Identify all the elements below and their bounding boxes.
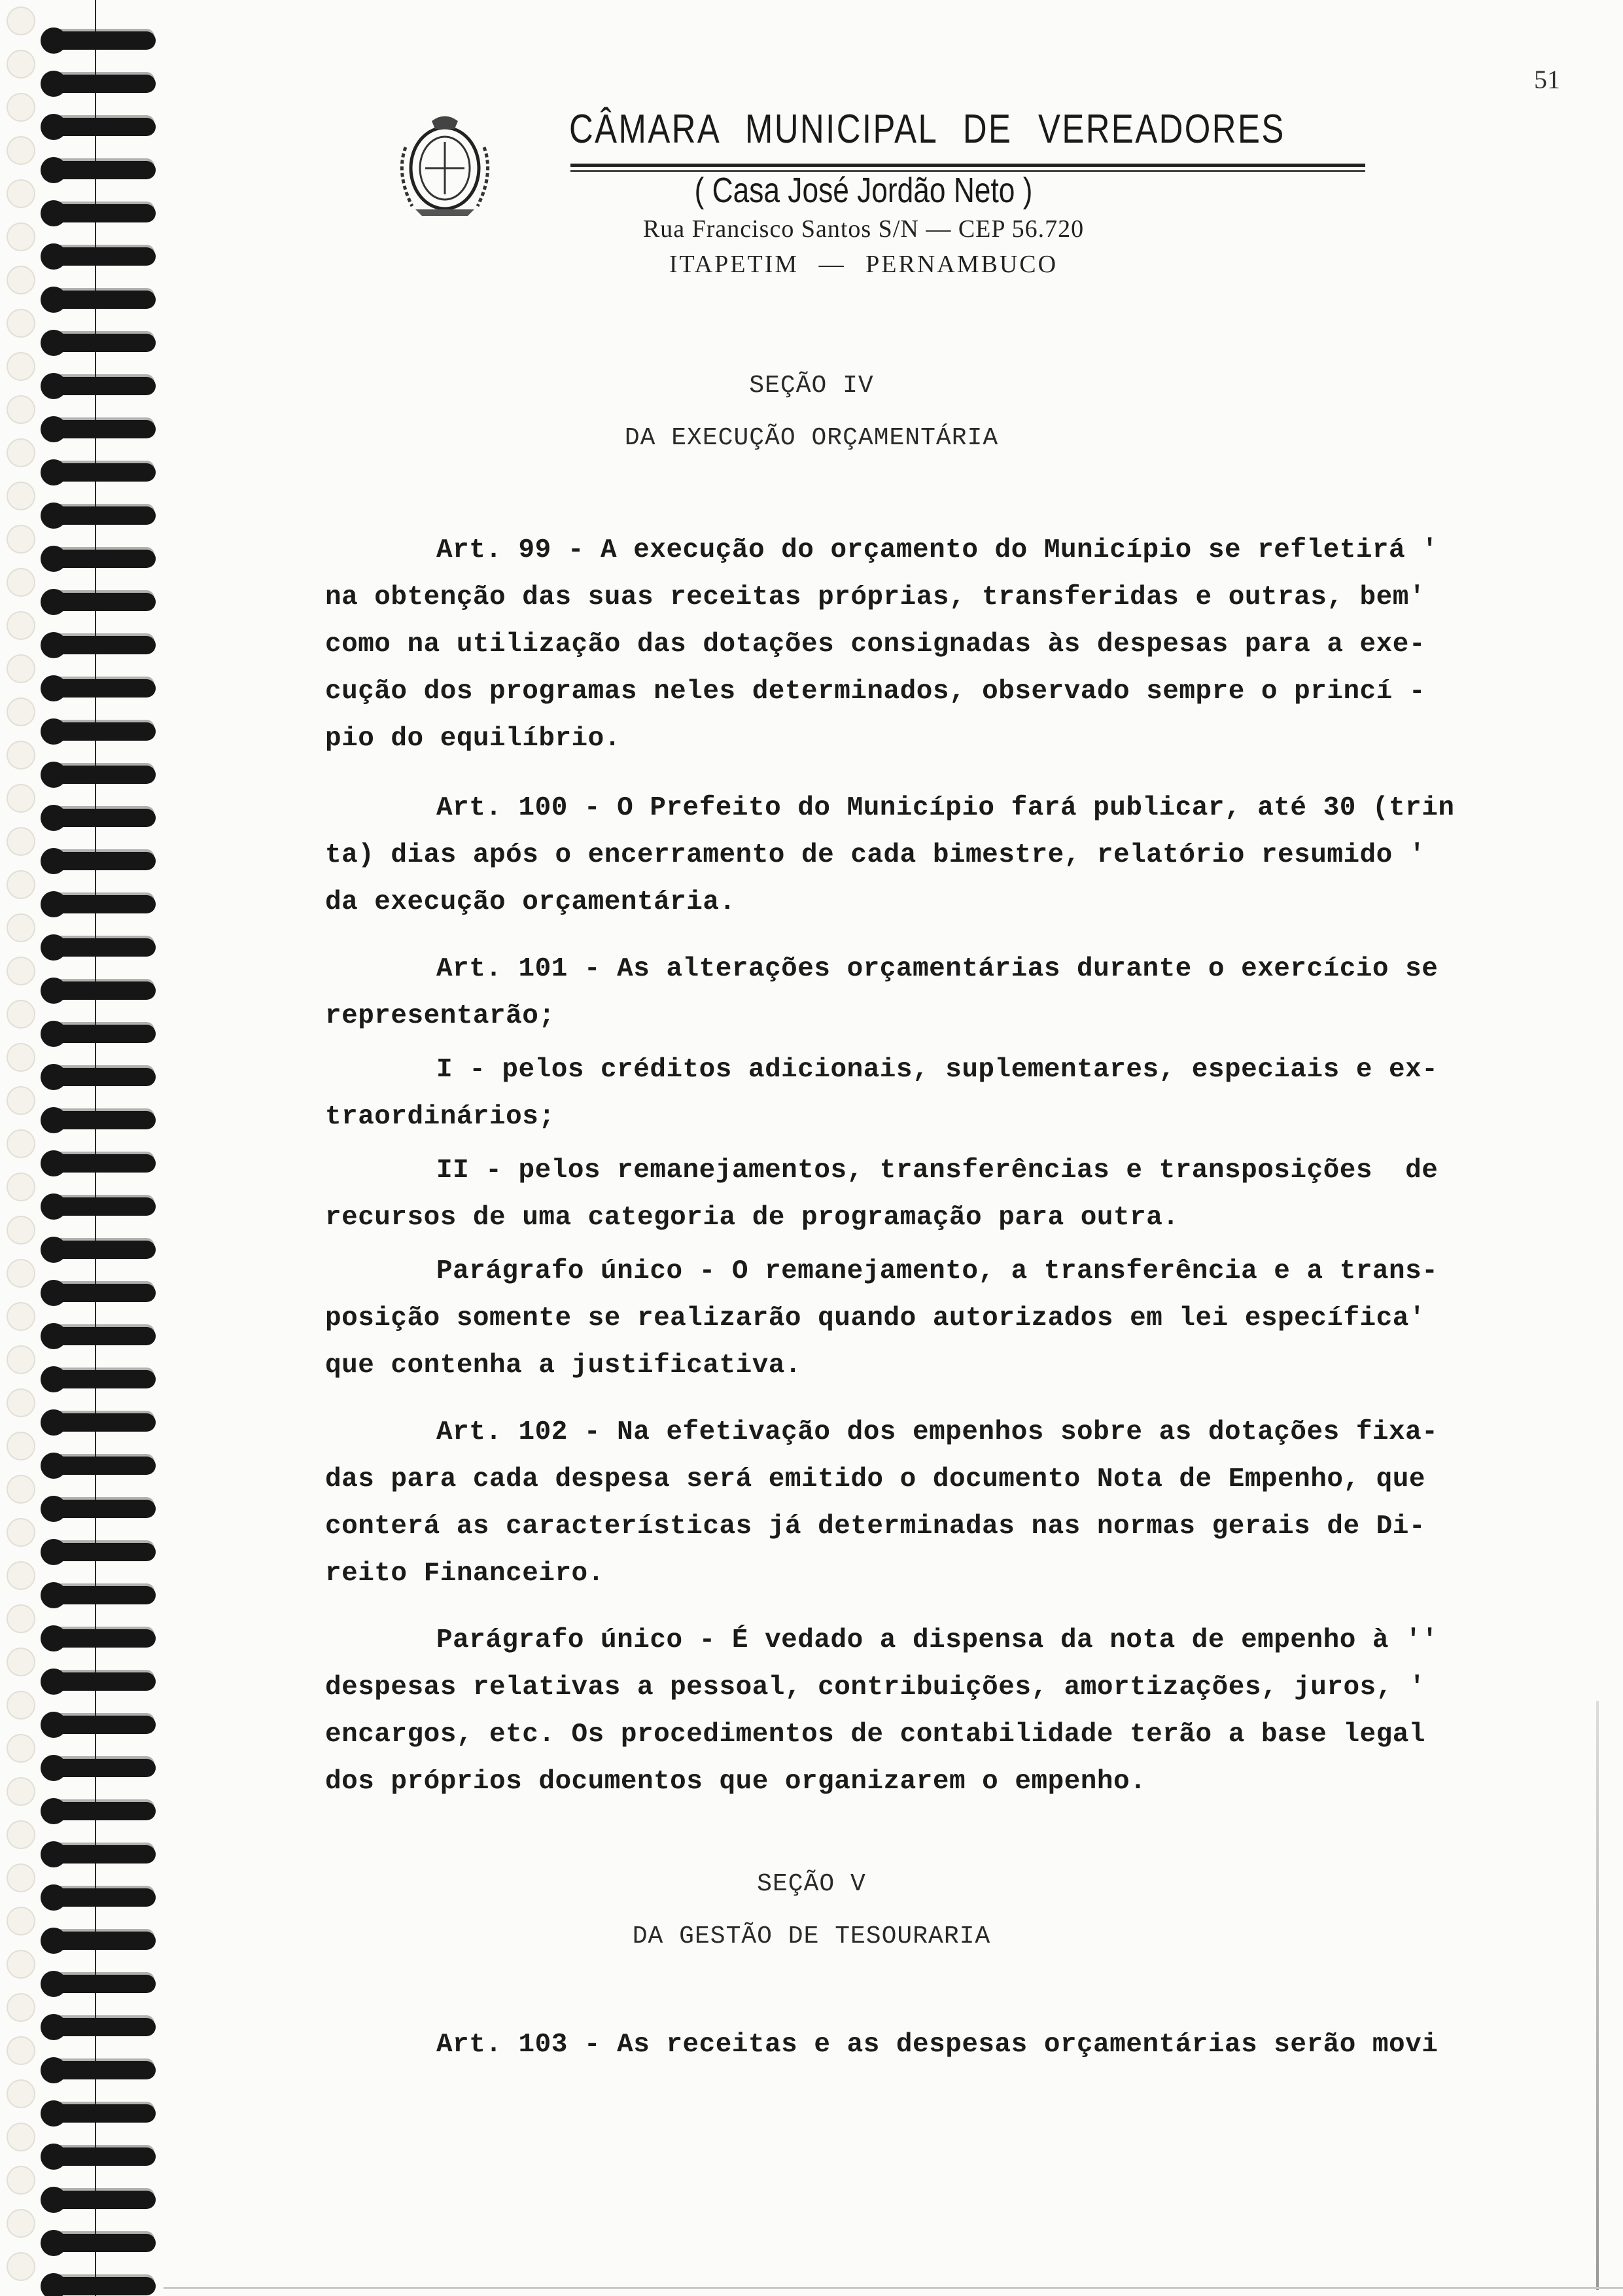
art-102-paragraph-line: despesas relativas a pessoal, contribuiç… bbox=[325, 1672, 1425, 1703]
binding-coil bbox=[44, 2018, 156, 2036]
page-number: 51 bbox=[1534, 64, 1560, 95]
section-iv-number: SEÇÃO IV bbox=[0, 372, 1623, 400]
section-iv-title: DA EXECUÇÃO ORÇAMENTÁRIA bbox=[0, 424, 1623, 452]
binding-hole bbox=[7, 654, 35, 683]
org-city: ITAPETIM — PERNAMBUCO bbox=[379, 250, 1348, 279]
binding-coil bbox=[44, 1672, 156, 1691]
binding-hole bbox=[7, 1388, 35, 1417]
binding-hole bbox=[7, 2166, 35, 2195]
binding-coil bbox=[44, 291, 156, 309]
binding-coil bbox=[44, 1327, 156, 1345]
art-101-item-ii-line: II - pelos remanejamentos, transferência… bbox=[436, 1156, 1438, 1186]
binding-coil bbox=[44, 1759, 156, 1777]
binding-hole bbox=[7, 1043, 35, 1072]
binding-hole bbox=[7, 1302, 35, 1331]
binding-hole bbox=[7, 179, 35, 208]
binding-hole bbox=[7, 482, 35, 510]
binding-coil bbox=[44, 593, 156, 611]
binding-coil bbox=[44, 247, 156, 266]
binding-coil bbox=[44, 1025, 156, 1043]
binding-coil bbox=[44, 766, 156, 784]
binding-hole bbox=[7, 1777, 35, 1806]
art-100-line: da execução orçamentária. bbox=[325, 887, 736, 917]
binding-hole bbox=[7, 525, 35, 554]
binding-coil bbox=[44, 852, 156, 870]
binding-coil bbox=[44, 636, 156, 654]
binding-hole bbox=[7, 93, 35, 122]
binding-coil bbox=[44, 679, 156, 698]
binding-coil bbox=[44, 895, 156, 913]
binding-hole bbox=[7, 1345, 35, 1374]
binding-coil bbox=[44, 1802, 156, 1820]
binding-coil bbox=[44, 334, 156, 352]
art-102-paragraph-line: Parágrafo único - É vedado a dispensa da… bbox=[436, 1625, 1438, 1655]
binding-coil bbox=[44, 31, 156, 50]
org-address: Rua Francisco Santos S/N — CEP 56.720 bbox=[379, 215, 1348, 243]
binding-hole bbox=[7, 2123, 35, 2151]
binding-coil bbox=[44, 161, 156, 179]
page-edge bbox=[1596, 1701, 1599, 2290]
binding-coil bbox=[44, 550, 156, 568]
art-102-paragraph-line: encargos, etc. Os procedimentos de conta… bbox=[325, 1720, 1425, 1750]
binding-hole bbox=[7, 1259, 35, 1288]
binding-hole bbox=[7, 2252, 35, 2281]
art-99-line: Art. 99 - A execução do orçamento do Mun… bbox=[436, 535, 1438, 565]
binding-coil bbox=[44, 118, 156, 136]
binding-hole bbox=[7, 1432, 35, 1460]
binding-hole bbox=[7, 1000, 35, 1029]
binding-hole bbox=[7, 957, 35, 985]
binding-coil bbox=[44, 1845, 156, 1863]
binding-hole bbox=[7, 1086, 35, 1115]
art-102-line: Art. 102 - Na efetivação dos empenhos so… bbox=[436, 1417, 1438, 1447]
binding-hole bbox=[7, 1820, 35, 1849]
binding-hole bbox=[7, 1604, 35, 1633]
art-99-line: como na utilização das dotações consigna… bbox=[325, 629, 1425, 660]
art-100-line: Art. 100 - O Prefeito do Município fará … bbox=[436, 793, 1454, 823]
art-99-line: cução dos programas neles determinados, … bbox=[325, 677, 1425, 707]
binding-hole bbox=[7, 1173, 35, 1201]
art-102-line: reito Financeiro. bbox=[325, 1559, 604, 1589]
art-101-paragraph-line: posição somente se realizarão quando aut… bbox=[325, 1303, 1425, 1333]
binding-coil bbox=[44, 1543, 156, 1561]
binding-hole bbox=[7, 913, 35, 942]
binding-hole bbox=[7, 698, 35, 726]
binding-hole bbox=[7, 2079, 35, 2108]
binding-hole bbox=[7, 266, 35, 294]
art-100-line: ta) dias após o encerramento de cada bim… bbox=[325, 840, 1425, 870]
art-101-paragraph-line: que contenha a justificativa. bbox=[325, 1351, 801, 1381]
binding-hole bbox=[7, 309, 35, 338]
binding-coil bbox=[44, 809, 156, 827]
binding-coil bbox=[44, 1068, 156, 1086]
binding-coil bbox=[44, 722, 156, 741]
binding-coil bbox=[44, 2147, 156, 2166]
art-101-line: representarão; bbox=[325, 1001, 555, 1031]
binding-hole bbox=[7, 1648, 35, 1676]
binding-hole bbox=[7, 827, 35, 856]
binding-hole bbox=[7, 1950, 35, 1979]
binding-coil bbox=[44, 1284, 156, 1302]
art-99-line: na obtenção das suas receitas próprias, … bbox=[325, 582, 1425, 612]
binding-coil bbox=[44, 981, 156, 1000]
art-102-line: conterá as características já determinad… bbox=[325, 1511, 1425, 1542]
binding-hole bbox=[7, 222, 35, 251]
binding-coil bbox=[44, 2191, 156, 2209]
binding-coil bbox=[44, 1241, 156, 1259]
binding-coil bbox=[44, 1370, 156, 1388]
binding-coil bbox=[44, 1586, 156, 1604]
binding-hole bbox=[7, 1475, 35, 1504]
art-101-item-i-line: I - pelos créditos adicionais, suplement… bbox=[436, 1055, 1438, 1085]
binding-coil bbox=[44, 75, 156, 93]
org-title: CÂMARA MUNICIPAL DE VEREADORES bbox=[569, 106, 1285, 152]
binding-hole bbox=[7, 2036, 35, 2065]
binding-coil bbox=[44, 1413, 156, 1432]
binding-hole bbox=[7, 7, 35, 35]
binding-hole bbox=[7, 1216, 35, 1245]
binding-coil bbox=[44, 1111, 156, 1129]
binding-hole bbox=[7, 1734, 35, 1763]
divider bbox=[570, 164, 1365, 167]
binding-coil bbox=[44, 1154, 156, 1173]
binding-hole bbox=[7, 1691, 35, 1720]
art-101-item-ii-line: recursos de uma categoria de programação… bbox=[325, 1203, 1179, 1233]
binding-hole bbox=[7, 741, 35, 769]
art-101-item-i-line: traordinários; bbox=[325, 1102, 555, 1132]
binding-coil bbox=[44, 1975, 156, 1993]
letterhead: CÂMARA MUNICIPAL DE VEREADORES ( Casa Jo… bbox=[379, 85, 1348, 301]
binding-hole bbox=[7, 1129, 35, 1158]
spiral-binding bbox=[0, 0, 164, 2296]
binding-hole bbox=[7, 1993, 35, 2022]
art-101-line: Art. 101 - As alterações orçamentárias d… bbox=[436, 954, 1438, 984]
binding-coil bbox=[44, 1457, 156, 1475]
binding-hole bbox=[7, 568, 35, 597]
binding-hole bbox=[7, 784, 35, 813]
binding-coil bbox=[44, 1629, 156, 1648]
binding-hole bbox=[7, 136, 35, 165]
binding-hole bbox=[7, 1561, 35, 1590]
art-103-line: Art. 103 - As receitas e as despesas orç… bbox=[436, 2030, 1438, 2060]
org-subtitle: ( Casa José Jordão Neto ) bbox=[466, 170, 1261, 211]
section-v-number: SEÇÃO V bbox=[0, 1870, 1623, 1898]
page-edge bbox=[164, 2287, 1623, 2289]
binding-coil bbox=[44, 2104, 156, 2123]
binding-coil bbox=[44, 1716, 156, 1734]
section-v-title: DA GESTÃO DE TESOURARIA bbox=[0, 1922, 1623, 1951]
binding-coil bbox=[44, 1197, 156, 1216]
binding-hole bbox=[7, 50, 35, 79]
art-102-line: das para cada despesa será emitido o doc… bbox=[325, 1464, 1425, 1494]
binding-hole bbox=[7, 1518, 35, 1547]
binding-coil bbox=[44, 2061, 156, 2079]
binding-coil bbox=[44, 204, 156, 222]
binding-hole bbox=[7, 870, 35, 899]
binding-hole bbox=[7, 2209, 35, 2238]
binding-coil bbox=[44, 2277, 156, 2295]
binding-coil bbox=[44, 2234, 156, 2252]
art-102-paragraph-line: dos próprios documentos que organizarem … bbox=[325, 1767, 1146, 1797]
binding-coil bbox=[44, 938, 156, 957]
binding-coil bbox=[44, 1500, 156, 1518]
binding-coil bbox=[44, 463, 156, 482]
art-99-line: pio do equilíbrio. bbox=[325, 724, 621, 754]
art-101-paragraph-line: Parágrafo único - O remanejamento, a tra… bbox=[436, 1256, 1438, 1286]
binding-hole bbox=[7, 611, 35, 640]
binding-coil bbox=[44, 506, 156, 525]
